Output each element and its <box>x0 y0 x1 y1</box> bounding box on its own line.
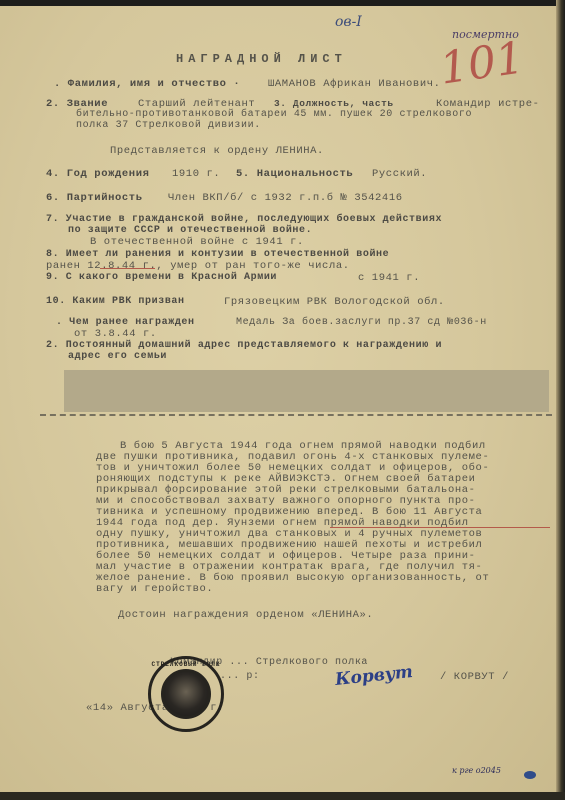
field-name-label: . Фамилия, имя и отчество · <box>54 78 240 90</box>
field-war-participation-label-1: 7. Участие в гражданской войне, последую… <box>46 214 442 225</box>
field-position-value-3: полка 37 Стрелковой дивизии. <box>76 120 261 131</box>
field-birth-year-label: 4. Год рождения <box>46 168 150 180</box>
field-war-participation-label-2: по защите СССР и отечественной войне. <box>68 225 312 236</box>
handwritten-code: ов-I <box>335 14 362 30</box>
field-party-label: 6. Партийность <box>46 192 143 204</box>
handwritten-red-number: 101 <box>437 32 527 94</box>
stamp-text: СТРЕЛКОВЫЙ ПОЛК <box>151 661 221 668</box>
field-war-participation-value: В отечественной войне с 1941 г. <box>90 236 304 248</box>
award-sheet-page: ов-I посмертно 101 НАГРАДНОЙ ЛИСТ . Фами… <box>0 6 556 792</box>
signatory-name: / КОРВУТ / <box>440 671 509 683</box>
field-draft-office-label: 10. Каким РВК призван <box>46 296 185 307</box>
document-title: НАГРАДНОЙ ЛИСТ <box>176 52 347 66</box>
field-nationality-label: 5. Национальность <box>236 168 353 180</box>
field-draft-office-value: Грязовецким РВК Вологодской обл. <box>224 296 445 308</box>
field-prior-awards-label: . Чем ранее награжден <box>56 317 195 328</box>
field-position-label: 3. Должность, часть <box>274 98 394 109</box>
field-prior-awards-value-1: Медаль За боев.заслуги пр.37 сд №036-н <box>236 317 487 328</box>
field-nationality-value: Русский. <box>372 168 427 180</box>
field-birth-year-value: 1910 г. <box>172 168 220 180</box>
field-army-since-value: с 1941 г. <box>358 272 420 284</box>
field-address-label-2: адрес его семьи <box>68 351 167 362</box>
official-stamp: СТРЕЛКОВЫЙ ПОЛК <box>148 656 224 732</box>
page-edge-bottom <box>0 792 565 800</box>
red-underline <box>330 527 550 528</box>
field-name-value: ШАМАНОВ Африкан Иванович. <box>268 78 441 90</box>
conclusion-line: Достоин награждения орденом «ЛЕНИНА». <box>118 609 373 621</box>
field-prior-awards-value-2: от 3.8.44 г. <box>74 328 157 340</box>
page-edge-right <box>556 0 565 800</box>
field-address-label-1: 2. Постоянный домашний адрес представляе… <box>46 340 442 351</box>
field-wounds-label: 8. Имеет ли ранения и контузии в отечест… <box>46 249 389 260</box>
nomination-line: Представляется к ордену ЛЕНИНА. <box>110 145 324 157</box>
field-army-since-label: 9. С какого времени в Красной Армии <box>46 272 277 283</box>
field-position-value-2: бительно-противотанковой батареи 45 мм. … <box>76 109 472 120</box>
ink-mark <box>524 771 536 779</box>
field-wounds-value: ранен 12.8.44 г., умер от ран того-же чи… <box>46 260 350 272</box>
dashed-separator <box>40 414 552 416</box>
archive-note: к рге о2045 <box>452 766 501 775</box>
field-party-value: Член ВКП/б/ с 1932 г.п.б № 3542416 <box>168 192 403 204</box>
redacted-block <box>64 370 549 412</box>
stamp-emblem <box>161 669 211 719</box>
signature-position-2: ... р: <box>220 671 260 682</box>
narrative-line: вагу и геройство. <box>96 583 213 595</box>
red-underline <box>100 268 155 269</box>
